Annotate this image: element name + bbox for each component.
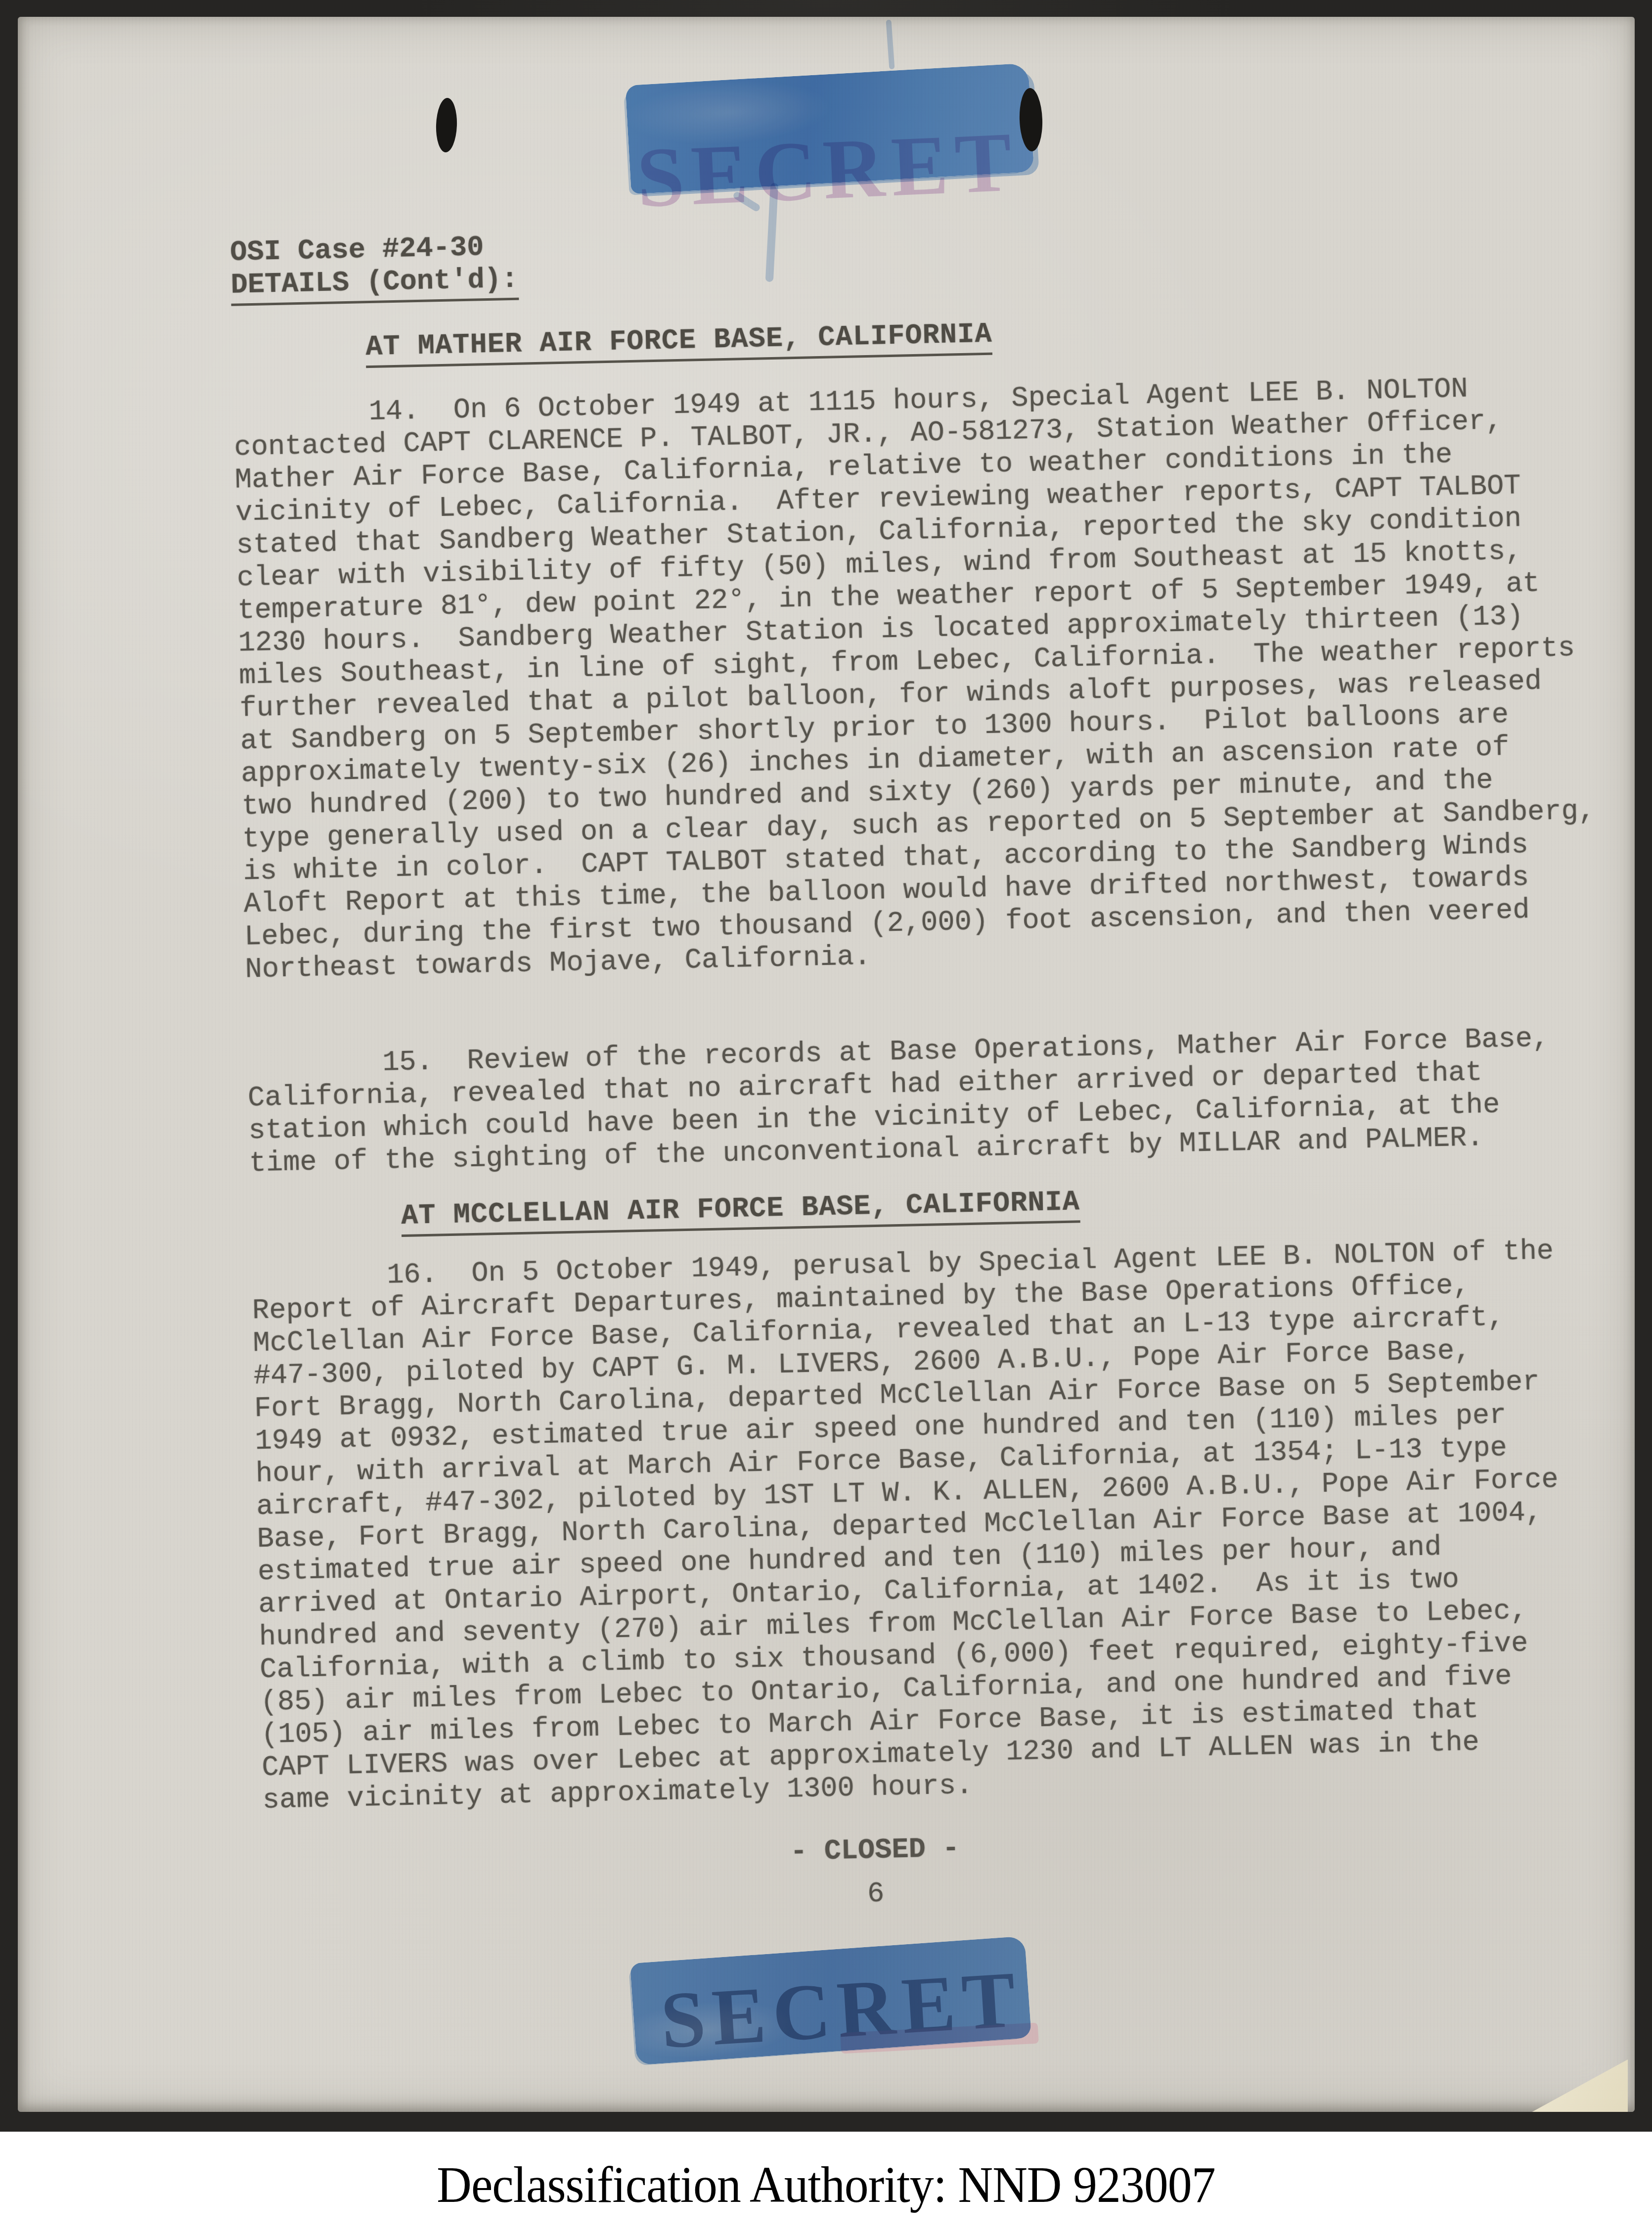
typed-report-content: OSI Case #24-30 DETAILS (Cont'd): AT MAT…: [0, 0, 1652, 2129]
blue-redaction-top: [625, 63, 1034, 194]
section-heading-mather: AT MATHER AIR FORCE BASE, CALIFORNIA: [365, 319, 992, 364]
section-heading-mcclellan: AT MCCLELLAN AIR FORCE BASE, CALIFORNIA: [401, 1187, 1080, 1233]
declassification-caption: Declassification Authority: NND 923007: [437, 2155, 1215, 2214]
paragraph-14: 14. On 6 October 1949 at 1115 hours, Spe…: [233, 371, 1599, 987]
scanned-document-page: { "document": { "case_number_line": "OSI…: [0, 0, 1652, 2238]
paper-sheet: SECRET SECRET OSI Case #24-30 DETAILS (C…: [18, 17, 1635, 2112]
declassification-band: Declassification Authority: NND 923007: [0, 2132, 1652, 2238]
details-heading-text: DETAILS (Cont'd):: [230, 264, 519, 306]
case-number-line: OSI Case #24-30: [230, 231, 484, 270]
details-heading: DETAILS (Cont'd):: [230, 264, 519, 302]
paragraph-16: 16. On 5 October 1949, perusal by Specia…: [251, 1235, 1565, 1817]
paragraph-15: 15. Review of the records at Base Operat…: [247, 1022, 1552, 1180]
closed-marker: - CLOSED -: [766, 1833, 984, 1869]
scanner-background: SECRET SECRET OSI Case #24-30 DETAILS (C…: [0, 0, 1652, 2238]
page-number: 6: [767, 1876, 985, 1913]
